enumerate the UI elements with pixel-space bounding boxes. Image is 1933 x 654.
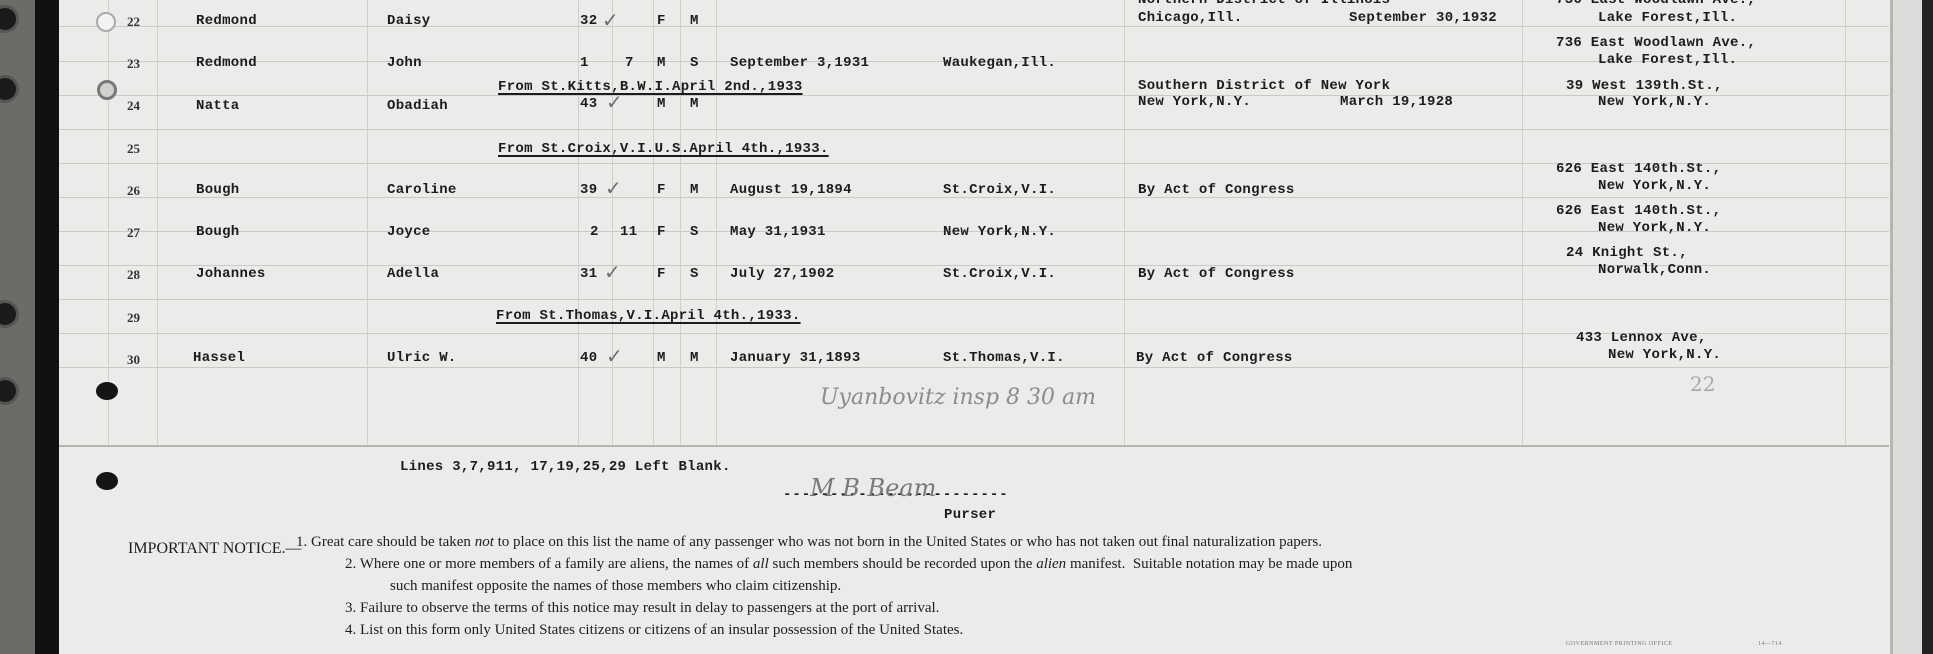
binding-shadow: [35, 0, 59, 654]
page-stamp: 22: [1690, 372, 1715, 396]
surname: Redmond: [196, 55, 257, 71]
birth-place: Waukegan,Ill.: [943, 55, 1056, 71]
surname: Johannes: [196, 266, 266, 282]
notice-item-3: 3. Failure to observe the terms of this …: [345, 600, 939, 617]
address-line-2: New York,N.Y.: [1598, 94, 1711, 110]
sex: F: [657, 224, 666, 240]
address-line-2: New York,N.Y.: [1608, 347, 1721, 363]
column-rule: [680, 0, 681, 445]
form-number: 14—714: [1758, 641, 1782, 647]
printer-imprint: GOVERNMENT PRINTING OFFICE: [1566, 641, 1673, 647]
naturalization-date: March 19,1928: [1340, 94, 1453, 110]
sex: F: [657, 182, 666, 198]
check-mark-icon: ✓: [606, 90, 623, 114]
birth-date: August 19,1894: [730, 182, 852, 198]
address-line-1: 626 East 140th.St.,: [1556, 161, 1721, 177]
surname: Bough: [196, 224, 240, 240]
punch-hole: [97, 80, 117, 100]
row-number: 28: [127, 267, 140, 283]
address-line-2: New York,N.Y.: [1598, 220, 1711, 236]
row-number: 22: [127, 14, 140, 30]
surname: Natta: [196, 98, 240, 114]
check-mark-icon: ✓: [602, 8, 619, 32]
birth-place: St.Thomas,V.I.: [943, 350, 1065, 366]
marital-status: M: [690, 182, 699, 198]
check-mark-icon: ✓: [605, 176, 622, 200]
marital-status: M: [690, 96, 699, 112]
inspector-note: Uyanbovitz insp 8 30 am: [820, 385, 1096, 410]
marital-status: S: [690, 224, 699, 240]
age: 39: [580, 182, 597, 198]
given-name: Caroline: [387, 182, 457, 198]
rule-line: [59, 26, 1889, 27]
notice-item-4: 4. List on this form only United States …: [345, 622, 963, 639]
row-number: 26: [127, 183, 140, 199]
sex: M: [657, 96, 666, 112]
lines-left-blank: Lines 3,7,911, 17,19,25,29 Left Blank.: [400, 459, 731, 475]
birth-date: May 31,1931: [730, 224, 826, 240]
birth-date: September 3,1931: [730, 55, 869, 71]
purser-label: Purser: [944, 507, 996, 523]
given-name: Daisy: [387, 13, 431, 29]
row-number: 24: [127, 98, 140, 114]
address-line-1: 736 East Woodlawn Ave.,: [1556, 0, 1756, 8]
notice-item-2: 2. Where one or more members of a family…: [345, 556, 1352, 573]
sex: F: [657, 13, 666, 29]
marital-status: M: [690, 350, 699, 366]
address-line-2: Norwalk,Conn.: [1598, 262, 1711, 278]
age-months: 7: [625, 55, 634, 71]
purser-signature: M B Beam: [810, 474, 936, 502]
section-header-st-kitts: From St.Kitts,B.W.I.April 2nd.,1933: [498, 79, 803, 95]
age: 40: [580, 350, 597, 366]
rule-line: [59, 299, 1889, 300]
address-line-2: New York,N.Y.: [1598, 178, 1711, 194]
column-rule: [367, 0, 368, 445]
sex: M: [657, 350, 666, 366]
naturalization-court: Southern District of New York: [1138, 78, 1390, 94]
naturalization-court: By Act of Congress: [1138, 182, 1295, 198]
address-line-1: 736 East Woodlawn Ave.,: [1556, 35, 1756, 51]
marital-status: S: [690, 266, 699, 282]
punch-hole: [96, 12, 116, 32]
given-name: Obadiah: [387, 98, 448, 114]
age: 2: [590, 224, 599, 240]
birth-place: St.Croix,V.I.: [943, 266, 1056, 282]
naturalization-court: By Act of Congress: [1138, 266, 1295, 282]
address-line-2: Lake Forest,Ill.: [1598, 10, 1737, 26]
page-edge-shadow: [1922, 0, 1933, 654]
check-mark-icon: ✓: [606, 344, 623, 368]
row-number: 30: [127, 352, 140, 368]
column-rule: [1522, 0, 1523, 445]
sex: M: [657, 55, 666, 71]
naturalization-court: Northern District of Illinois: [1138, 0, 1390, 8]
age: 32: [580, 13, 597, 29]
column-rule: [108, 0, 109, 445]
notice-item-2-cont: such manifest opposite the names of thos…: [390, 578, 841, 595]
age-months: 11: [620, 224, 637, 240]
notice-item-1: 1. Great care should be taken not to pla…: [296, 534, 1322, 551]
surname: Hassel: [193, 350, 245, 366]
marital-status: S: [690, 55, 699, 71]
naturalization-date: September 30,1932: [1349, 10, 1497, 26]
row-number: 25: [127, 141, 140, 157]
birth-place: St.Croix,V.I.: [943, 182, 1056, 198]
naturalization-court: By Act of Congress: [1136, 350, 1293, 366]
surname: Bough: [196, 182, 240, 198]
naturalization-place: Chicago,Ill.: [1138, 10, 1242, 26]
address-line-1: 433 Lennox Ave,: [1576, 330, 1707, 346]
address-line-1: 39 West 139th.St.,: [1566, 78, 1723, 94]
section-header-st-croix: From St.Croix,V.I.U.S.April 4th.,1933.: [498, 141, 829, 157]
column-rule: [653, 0, 654, 445]
birth-date: January 31,1893: [730, 350, 861, 366]
column-rule: [578, 0, 579, 445]
check-mark-icon: ✓: [604, 260, 621, 284]
given-name: Adella: [387, 266, 439, 282]
column-rule: [612, 0, 613, 445]
given-name: Ulric W.: [387, 350, 457, 366]
birth-date: July 27,1902: [730, 266, 834, 282]
row-number: 29: [127, 310, 140, 326]
column-rule: [1124, 0, 1125, 445]
column-rule: [716, 0, 717, 445]
notice-title: IMPORTANT NOTICE.—: [128, 540, 301, 558]
age: 43: [580, 96, 597, 112]
given-name: Joyce: [387, 224, 431, 240]
address-line-2: Lake Forest,Ill.: [1598, 52, 1737, 68]
rule-line: [59, 367, 1889, 368]
row-number: 27: [127, 225, 140, 241]
column-rule: [1845, 0, 1846, 445]
address-line-1: 24 Knight St.,: [1566, 245, 1688, 261]
given-name: John: [387, 55, 422, 71]
row-number: 23: [127, 56, 140, 72]
sex: F: [657, 266, 666, 282]
birth-place: New York,N.Y.: [943, 224, 1056, 240]
punch-hole: [96, 382, 118, 400]
section-header-st-thomas: From St.Thomas,V.I.April 4th.,1933.: [496, 308, 801, 324]
surname: Redmond: [196, 13, 257, 29]
age: 1: [580, 55, 589, 71]
address-line-1: 626 East 140th.St.,: [1556, 203, 1721, 219]
naturalization-place: New York,N.Y.: [1138, 94, 1251, 110]
table-bottom-rule: [59, 445, 1889, 447]
rule-line: [59, 129, 1889, 130]
punch-hole: [96, 472, 118, 490]
age: 31: [580, 266, 597, 282]
column-rule: [157, 0, 158, 445]
marital-status: M: [690, 13, 699, 29]
